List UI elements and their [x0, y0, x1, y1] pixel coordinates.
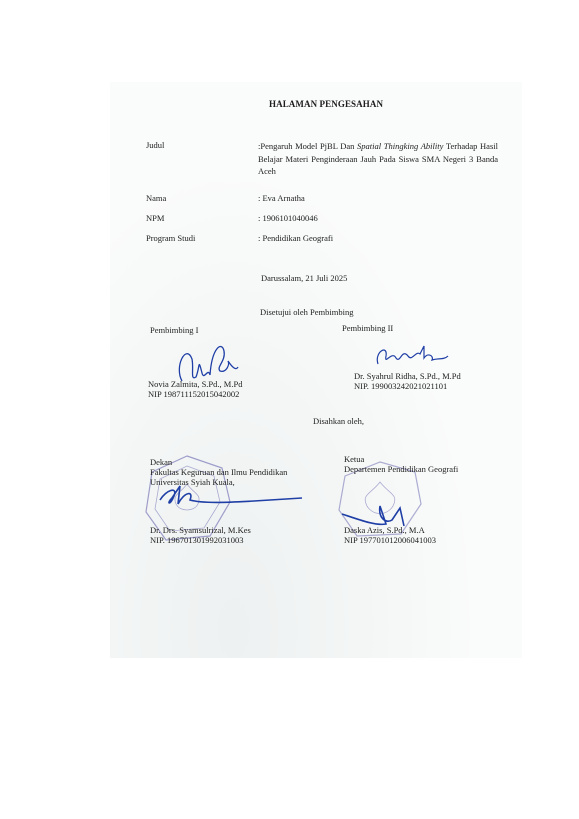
official-2-role: Ketua — [344, 454, 364, 464]
field-value-nama: : Eva Arnatha — [258, 193, 305, 203]
supervisor-1-name: Novia Zalmita, S.Pd., M.Pd — [148, 379, 242, 389]
judul-text: :Pengaruh Model PjBL Dan — [258, 141, 357, 151]
official-1-unit: Fakultas Keguruan dan Ilmu Pendidikan — [150, 467, 287, 477]
page-title: HALAMAN PENGESAHAN — [269, 99, 383, 109]
signature-3-icon — [154, 482, 304, 512]
field-value-program-studi: : Pendidikan Geografi — [258, 233, 333, 243]
signature-2-icon — [372, 342, 452, 372]
approved-by-heading: Disetujui oleh Pembimbing — [260, 307, 354, 317]
official-2-name: Daska Azis, S.Pd., M.A — [344, 525, 425, 535]
field-value-npm: : 1906101040046 — [258, 213, 318, 223]
official-1-nip: NIP. 196701301992031003 — [150, 535, 244, 545]
field-label-npm: NPM — [146, 213, 164, 223]
field-label-program-studi: Program Studi — [146, 233, 195, 243]
official-1-role: Dekan — [150, 457, 172, 467]
official-1-name: Dr. Drs. Syamsulrizal, M.Kes — [150, 525, 251, 535]
supervisor-1-role: Pembimbing I — [150, 325, 198, 335]
official-2-nip: NIP 197701012006041003 — [344, 535, 436, 545]
place-date: Darussalam, 21 Juli 2025 — [261, 273, 347, 283]
official-2-unit: Departemen Pendidikan Geografi — [344, 464, 458, 474]
supervisor-2-nip: NIP. 199003242021021101 — [354, 381, 447, 391]
judul-italic-text: Spatial Thingking Ability — [357, 141, 443, 151]
field-value-judul: :Pengaruh Model PjBL Dan Spatial Thingki… — [258, 140, 498, 178]
field-label-nama: Nama — [146, 193, 166, 203]
supervisor-2-role: Pembimbing II — [342, 323, 393, 333]
field-label-judul: Judul — [146, 140, 164, 150]
ratified-by-heading: Disahkan oleh, — [313, 416, 364, 426]
supervisor-2-name: Dr. Syahrul Ridha, S.Pd., M.Pd — [354, 371, 461, 381]
supervisor-1-nip: NIP 198711152015042002 — [148, 389, 239, 399]
scanned-page: HALAMAN PENGESAHAN Judul :Pengaruh Model… — [110, 82, 522, 658]
